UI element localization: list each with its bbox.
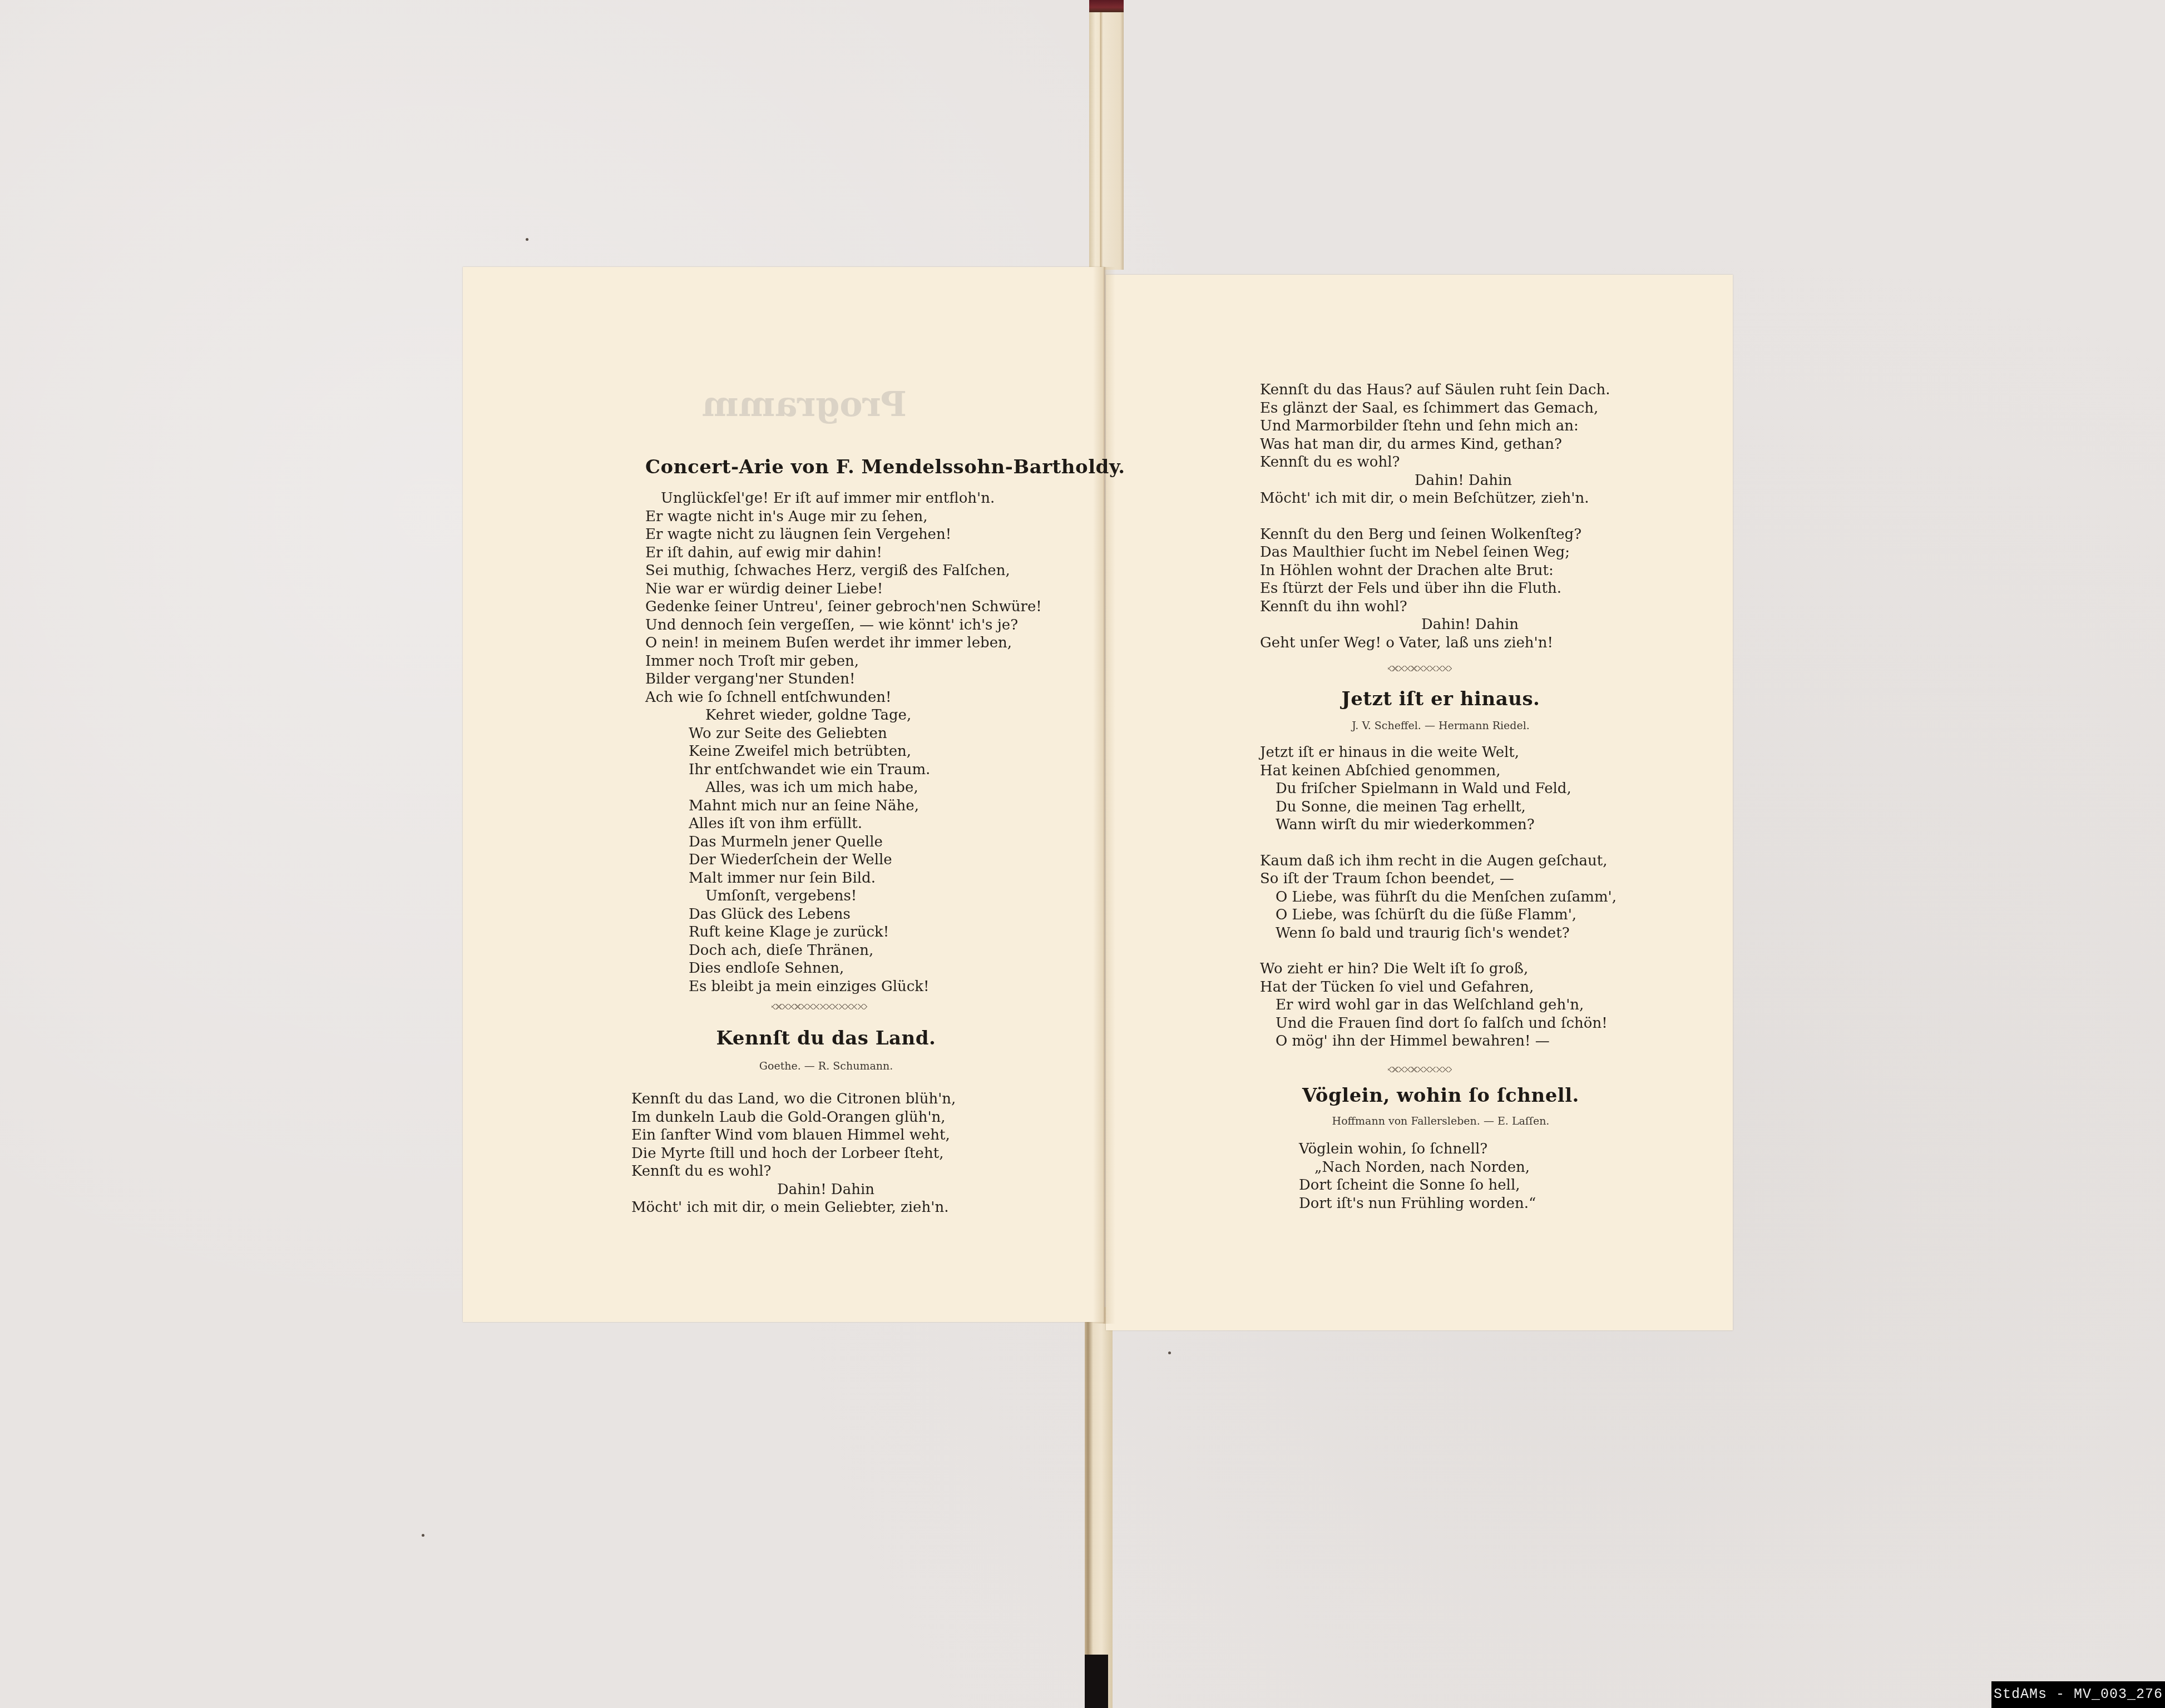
binding-strip-top <box>1089 0 1124 270</box>
section-credit-scheffel-riedel: J. V. Scheffel. — Hermann Riedel. <box>1260 720 1622 732</box>
verse-line: Und die Frauen ſind dort ſo falſch und ſ… <box>1260 1014 1617 1033</box>
verse-line: Kennſt du das Land, wo die Citronen blüh… <box>631 1090 956 1108</box>
archive-id-label: StdAMs - MV_003_276 <box>1991 1681 2165 1708</box>
section-title-concert-arie: Concert-Arie von F. Mendelssohn-Barthold… <box>645 456 1125 478</box>
verse-line: O Liebe, was führſt du die Menſchen zuſa… <box>1260 888 1617 907</box>
verse-line: Alles, was ich um mich habe, <box>645 779 1042 797</box>
verse-line: Im dunkeln Laub die Gold-Orangen glüh'n, <box>631 1108 956 1127</box>
verse-line: Und dennoch ſein vergeſſen, — wie könnt'… <box>645 616 1042 635</box>
section-title-voeglein: Vöglein, wohin ſo ſchnell. <box>1260 1085 1622 1107</box>
verse-line: Er wird wohl gar in das Welſchland geh'n… <box>1260 996 1617 1014</box>
verse-line: Es ſtürzt der Fels und über ihn die Flut… <box>1260 580 1610 598</box>
verse-line: So iſt der Traum ſchon beendet, — <box>1260 870 1617 888</box>
verse-line: Das Glück des Lebens <box>645 905 1042 924</box>
verse-line: Es bleibt ja mein einziges Glück! <box>645 978 1042 996</box>
verse-line: Ruft keine Klage je zurück! <box>645 923 1042 942</box>
section-credit-goethe-schumann: Goethe. — R. Schumann. <box>645 1060 1007 1072</box>
section-credit-fallersleben-lassen: Hoffmann von Fallersleben. — E. Laſſen. <box>1260 1115 1622 1127</box>
verse-line: Möcht' ich mit dir, o mein Beſchützer, z… <box>1260 489 1610 508</box>
verse-line: Dort iſt's nun Frühling worden.“ <box>1299 1195 1536 1213</box>
verse-line: Jetzt iſt er hinaus in die weite Welt, <box>1260 744 1617 762</box>
verse-line: Ach wie ſo ſchnell entſchwunden! <box>645 689 1042 707</box>
paper-speck <box>526 238 528 241</box>
verse-line-refrain: Dahin! Dahin <box>1260 472 1610 490</box>
verse-line: Wann wirſt du mir wiederkommen? <box>1260 816 1617 834</box>
verse-line: Möcht' ich mit dir, o mein Geliebter, zi… <box>631 1199 956 1217</box>
verse-line: Kennſt du es wohl? <box>1260 453 1610 472</box>
binding-strip-bottom <box>1085 1307 1113 1708</box>
verse-line: Dies endloſe Sehnen, <box>645 959 1042 978</box>
paper-speck <box>1168 1351 1171 1354</box>
verse-line: Unglückſel'ge! Er iſt auf immer mir entf… <box>645 489 1042 508</box>
section-divider-ornament <box>772 1004 867 1009</box>
binding-cap-red <box>1089 0 1124 12</box>
verse-line: Er wagte nicht in's Auge mir zu ſehen, <box>645 508 1042 526</box>
verse-line: O mög' ihn der Himmel bewahren! — <box>1260 1032 1617 1051</box>
verse-line: Doch ach, dieſe Thränen, <box>645 942 1042 960</box>
verse-line: Kennſt du es wohl? <box>631 1162 956 1181</box>
verse-line: Geht unſer Weg! o Vater, laß uns zieh'n! <box>1260 634 1610 652</box>
verse-line: Kennſt du ihn wohl? <box>1260 598 1610 616</box>
verse-line: Ein ſanfter Wind vom blauen Himmel weht, <box>631 1126 956 1145</box>
verse-line: Kennſt du das Haus? auf Säulen ruht ſein… <box>1260 381 1610 399</box>
voeglein-text: Vöglein wohin, ſo ſchnell? „Nach Norden,… <box>1299 1140 1536 1212</box>
verse-line: Die Myrte ſtill und hoch der Lorbeer ſte… <box>631 1145 956 1163</box>
verse-line: Kaum daß ich ihm recht in die Augen geſc… <box>1260 852 1617 870</box>
verse-line: Das Maulthier ſucht im Nebel ſeinen Weg; <box>1260 543 1610 562</box>
verse-line: Bilder vergang'ner Stunden! <box>645 670 1042 689</box>
verse-line: Ihr entſchwandet wie ein Traum. <box>645 761 1042 779</box>
verse-line: Das Murmeln jener Quelle <box>645 833 1042 851</box>
verse-line: Hat keinen Abſchied genommen, <box>1260 762 1617 780</box>
verse-line: Du friſcher Spielmann in Wald und Feld, <box>1260 780 1617 798</box>
verse-line: In Höhlen wohnt der Drachen alte Brut: <box>1260 562 1610 580</box>
verse-line: Wo zur Seite des Geliebten <box>645 725 1042 743</box>
verse-line-refrain: Dahin! Dahin <box>631 1181 956 1199</box>
section-title-jetzt-ist-er-hinaus: Jetzt iſt er hinaus. <box>1260 688 1622 710</box>
jetzt-ist-er-hinaus-text: Jetzt iſt er hinaus in die weite Welt, H… <box>1260 744 1617 1051</box>
verse-line: O nein! in meinem Buſen werdet ihr immer… <box>645 634 1042 652</box>
verse-line: Umſonſt, vergebens! <box>645 887 1042 905</box>
center-fold <box>1093 267 1115 1324</box>
verse-line: Keine Zweifel mich betrübten, <box>645 742 1042 761</box>
bleed-through-heading: Programm <box>702 384 907 424</box>
verse-line: Es glänzt der Saal, es ſchimmert das Gem… <box>1260 399 1610 418</box>
verse-line: Hat der Tücken ſo viel und Gefahren, <box>1260 978 1617 997</box>
kennst-du-das-land-text: Kennſt du das Land, wo die Citronen blüh… <box>631 1090 956 1217</box>
verse-line: Was hat man dir, du armes Kind, gethan? <box>1260 435 1610 454</box>
verse-line: Malt immer nur ſein Bild. <box>645 869 1042 888</box>
verse-line: Dort ſcheint die Sonne ſo hell, <box>1299 1176 1536 1195</box>
paper-speck <box>422 1534 424 1537</box>
concert-arie-text: Unglückſel'ge! Er iſt auf immer mir entf… <box>645 489 1042 996</box>
kennst-du-das-land-continued: Kennſt du das Haus? auf Säulen ruht ſein… <box>1260 381 1610 652</box>
verse-line: Kehret wieder, goldne Tage, <box>645 706 1042 725</box>
verse-line: Der Wiederſchein der Welle <box>645 851 1042 869</box>
verse-line: Du Sonne, die meinen Tag erhellt, <box>1260 798 1617 816</box>
binding-end-black <box>1085 1655 1108 1708</box>
verse-line: Er wagte nicht zu läugnen ſein Vergehen! <box>645 526 1042 544</box>
section-title-kennst-du-das-land: Kennſt du das Land. <box>645 1027 1007 1049</box>
verse-line-refrain: Dahin! Dahin <box>1260 616 1610 634</box>
verse-line: Immer noch Troſt mir geben, <box>645 652 1042 671</box>
verse-line: Gedenke ſeiner Untreu', ſeiner gebroch'n… <box>645 598 1042 616</box>
verse-line: Und Marmorbilder ſtehn und ſehn mich an: <box>1260 417 1610 435</box>
verse-line: Mahnt mich nur an ſeine Nähe, <box>645 797 1042 815</box>
verse-line: Wo zieht er hin? Die Welt iſt ſo groß, <box>1260 960 1617 978</box>
verse-line: „Nach Norden, nach Norden, <box>1299 1159 1536 1177</box>
verse-line: Nie war er würdig deiner Liebe! <box>645 580 1042 598</box>
verse-line: Vöglein wohin, ſo ſchnell? <box>1299 1140 1536 1159</box>
verse-line: O Liebe, was ſchürſt du die ſüße Flamm', <box>1260 906 1617 924</box>
verse-line: Sei muthig, ſchwaches Herz, vergiß des F… <box>645 562 1042 580</box>
section-divider-ornament <box>1388 666 1452 671</box>
section-divider-ornament <box>1388 1067 1452 1072</box>
verse-line: Wenn ſo bald und traurig ſich's wendet? <box>1260 924 1617 943</box>
verse-line: Alles iſt von ihm erfüllt. <box>645 815 1042 833</box>
verse-line: Er iſt dahin, auf ewig mir dahin! <box>645 544 1042 562</box>
verse-line: Kennſt du den Berg und ſeinen Wolkenſteg… <box>1260 526 1610 544</box>
